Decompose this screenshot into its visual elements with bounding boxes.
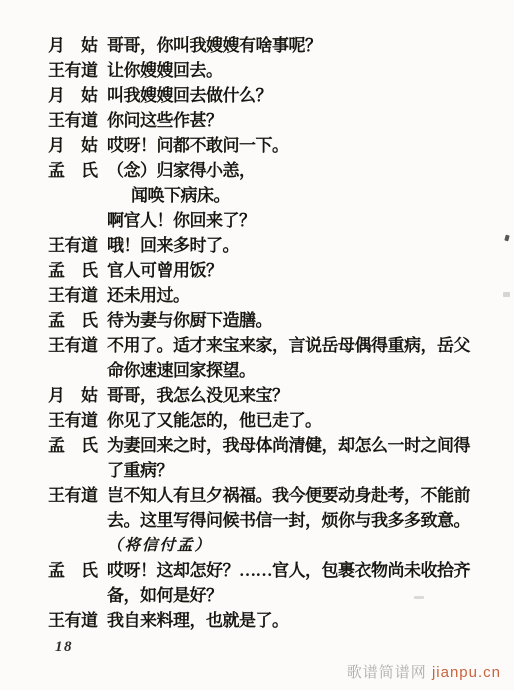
- stage-direction-text: （将信付孟）: [107, 533, 212, 558]
- dialogue-text: 官人可曾用饭？: [107, 258, 223, 283]
- script-line: 了重病？: [48, 458, 506, 483]
- script-line: 孟 氏 官人可曾用饭？: [48, 258, 506, 283]
- speaker-name: 王有道: [48, 483, 107, 508]
- script-line: 王有道 岂不知人有旦夕祸福。我今便要动身赴考，不能前: [48, 483, 506, 508]
- dialogue-text: 还未用过。: [107, 283, 190, 308]
- scan-speck: [504, 235, 509, 242]
- dialogue-text: 为妻回来之时，我母体尚清健，却怎么一时之间得: [107, 433, 470, 458]
- script-line: 王有道 还未用过。: [48, 283, 506, 308]
- speaker-name: 王有道: [48, 108, 107, 133]
- script-line: 王有道 你见了又能怎的，他已走了。: [48, 408, 506, 433]
- speaker-name: 王有道: [48, 333, 107, 358]
- dialogue-text: 你见了又能怎的，他已走了。: [107, 408, 322, 433]
- speaker-name: [48, 583, 107, 608]
- speaker-name: 王有道: [48, 283, 107, 308]
- scanned-script-page: 月 姑 哥哥，你叫我嫂嫂有啥事呢？ 王有道 让你嫂嫂回去。 月 姑 叫我嫂嫂回去…: [0, 0, 514, 690]
- script-line: 孟 氏 待为妻与你厨下造膳。: [48, 308, 506, 333]
- speaker-name: 月 姑: [48, 133, 107, 158]
- speaker-name: 孟 氏: [48, 433, 107, 458]
- script-line: 月 姑 叫我嫂嫂回去做什么？: [48, 83, 506, 108]
- dialogue-text: 哎呀！问都不敢问一下。: [107, 133, 289, 158]
- script-line: 月 姑 哥哥，我怎么没见来宝？: [48, 383, 506, 408]
- watermark: 歌谱简谱网 jianpu.cn: [347, 661, 501, 682]
- script-line: 王有道 不用了。适才来宝来家，言说岳母偶得重病，岳父: [48, 333, 506, 358]
- dialogue-text: 叫我嫂嫂回去做什么？: [107, 83, 272, 108]
- dialogue-text: 备，如何是好？: [107, 583, 223, 608]
- speaker-name: [48, 533, 107, 558]
- speaker-name: [48, 358, 107, 383]
- script-line: 孟 氏 （念）归家得小恙，: [48, 158, 506, 183]
- script-line: 啊官人！你回来了？: [48, 208, 506, 233]
- dialogue-text: 去。这里写得问候书信一封，烦你与我多多致意。: [107, 508, 470, 533]
- script-line: 王有道 我自来料理，也就是了。: [48, 608, 506, 633]
- speaker-name: [48, 508, 107, 533]
- speaker-name: [48, 208, 107, 233]
- script-line: 王有道 你问这些作甚？: [48, 108, 506, 133]
- script-line-verse: 闻唤下病床。: [48, 183, 506, 208]
- script-line: 孟 氏 为妻回来之时，我母体尚清健，却怎么一时之间得: [48, 433, 506, 458]
- speaker-name: [48, 458, 107, 483]
- dialogue-text: 岂不知人有旦夕祸福。我今便要动身赴考，不能前: [107, 483, 470, 508]
- script-line: 王有道 让你嫂嫂回去。: [48, 58, 506, 83]
- speaker-name: 孟 氏: [48, 558, 107, 583]
- script-body: 月 姑 哥哥，你叫我嫂嫂有啥事呢？ 王有道 让你嫂嫂回去。 月 姑 叫我嫂嫂回去…: [48, 33, 506, 633]
- script-line: 月 姑 哥哥，你叫我嫂嫂有啥事呢？: [48, 33, 506, 58]
- dialogue-text: 不用了。适才来宝来家，言说岳母偶得重病，岳父: [107, 333, 470, 358]
- speaker-name: 王有道: [48, 408, 107, 433]
- speaker-name: 月 姑: [48, 83, 107, 108]
- dialogue-text: 让你嫂嫂回去。: [107, 58, 223, 83]
- speaker-name: [48, 183, 107, 208]
- verse-text: 闻唤下病床。: [107, 183, 230, 208]
- dialogue-text: 待为妻与你厨下造膳。: [107, 308, 272, 333]
- page-number: 18: [55, 639, 73, 656]
- speaker-name: 王有道: [48, 58, 107, 83]
- dialogue-text: 命你速速回家探望。: [107, 358, 256, 383]
- script-line-stage-direction: （将信付孟）: [48, 533, 506, 558]
- script-line: 去。这里写得问候书信一封，烦你与我多多致意。: [48, 508, 506, 533]
- scan-speck: [414, 596, 424, 599]
- speaker-name: 月 姑: [48, 383, 107, 408]
- dialogue-text: 哥哥，你叫我嫂嫂有啥事呢？: [107, 33, 322, 58]
- dialogue-text: （念）归家得小恙，: [107, 158, 256, 183]
- script-line: 备，如何是好？: [48, 583, 506, 608]
- speaker-name: 孟 氏: [48, 158, 107, 183]
- speaker-name: 王有道: [48, 233, 107, 258]
- speaker-name: 孟 氏: [48, 258, 107, 283]
- script-line: 月 姑 哎呀！问都不敢问一下。: [48, 133, 506, 158]
- speaker-name: 王有道: [48, 608, 107, 633]
- dialogue-text: 哎呀！这却怎好？……官人，包裹衣物尚未收拾齐: [107, 558, 470, 583]
- speaker-name: 孟 氏: [48, 308, 107, 333]
- dialogue-text: 你问这些作甚？: [107, 108, 223, 133]
- scan-speck: [503, 292, 510, 297]
- speaker-name: 月 姑: [48, 33, 107, 58]
- dialogue-text: 哦！回来多时了。: [107, 233, 239, 258]
- watermark-domain: jianpu.cn: [432, 664, 501, 681]
- dialogue-text: 了重病？: [107, 458, 173, 483]
- dialogue-text: 我自来料理，也就是了。: [107, 608, 289, 633]
- watermark-site-name: 歌谱简谱网: [347, 664, 427, 681]
- dialogue-text: 啊官人！你回来了？: [107, 208, 256, 233]
- script-line: 孟 氏 哎呀！这却怎好？……官人，包裹衣物尚未收拾齐: [48, 558, 506, 583]
- script-line: 王有道 哦！回来多时了。: [48, 233, 506, 258]
- script-line: 命你速速回家探望。: [48, 358, 506, 383]
- dialogue-text: 哥哥，我怎么没见来宝？: [107, 383, 289, 408]
